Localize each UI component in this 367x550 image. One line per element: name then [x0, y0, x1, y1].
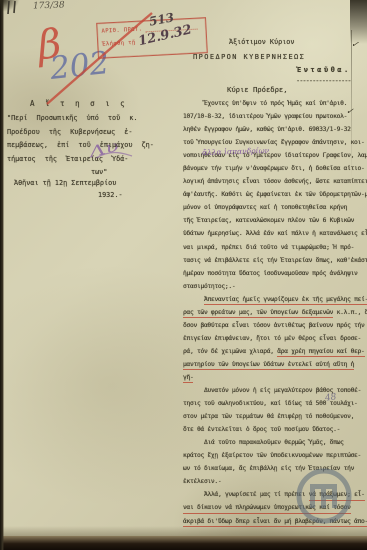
summary-place-date: Ἀθῆναι τῇ 12ῃ Σεπτεμβρίου: [14, 179, 116, 187]
body-line: τῆς Ἑταιρείας, κατεναλώσκομεν πλέον τῶν …: [183, 217, 355, 230]
summary-year: 1932.-: [98, 191, 123, 199]
body-line: λογική ἀπάντησις εἶναι τόσον ἀσθενής, ὥσ…: [183, 178, 355, 191]
body-text: Ἀλλά, γνωρίσετέ μας τί πρέπει: [204, 491, 309, 498]
body-line: ρά, τόν δέ χειμῶνα χλιαρά, ἄρα χρέη πηγα…: [183, 348, 355, 361]
scan-corner-top-right: [350, 0, 367, 44]
body-line: μαντηρίου τῶν ὑπογείων ὑδάτων ἐντελεῖ αὐ…: [183, 361, 355, 374]
address-place-underline: -----------------: [296, 77, 351, 85]
body-text: κράτος ἔχῃ ἐξαίρετον τῶν ὑποδεικνυομένων…: [183, 452, 361, 459]
body-text-underlined: Ἀπεναντίας ἡμεῖς γνωρίζομεν ἐκ τῆς μεγάλ…: [204, 296, 367, 306]
body-line: στον μέτρα τῶν τερμάτων θά ἐπιφέρῃ τό πο…: [183, 413, 355, 426]
body-text: Διά τοῦτο παρακαλοῦμεν θερμῶς Ὑμᾶς, ὅπως: [204, 439, 344, 446]
body-line: τασις νά ἐπιβάλλετε εἰς τήν Ἑταιρείαν ὅπ…: [183, 257, 355, 270]
body-text-underlined: ρας τῶν φρεάτων μας, τῶν ὑπογείων δεξαμε…: [183, 309, 333, 319]
body-text: Ἔχοντες ὑπ'ὄψιν τό πρός Ἡμᾶς καί ὑπ'ἀριθ…: [204, 100, 347, 107]
address-honorific: Ἀξιότιμον Κύριον: [229, 38, 294, 46]
body-text: Δυνατόν μόνον ἡ εἰς μεγαλύτερον βάθος το…: [204, 387, 361, 394]
letter-body: Ἔχοντες ὑπ'ὄψιν τό πρός Ἡμᾶς καί ὑπ'ἀριθ…: [183, 100, 355, 531]
body-line: στασιμότητος;.-: [183, 283, 355, 296]
checkmark-icon: ✓: [350, 39, 359, 50]
stamp-protocol-label: ΑΡΙΘ. ΠΡΩΤ.: [101, 26, 142, 34]
pencil-archive-number: 173/38: [33, 0, 65, 11]
body-text: ὅσον βαθύτερα εἶναι τόσον ἀντιθέτως βαίν…: [183, 322, 365, 329]
body-text: ἡμέραν ποσότητα ὕδατος ἰσοδυναμοῦσαν πρό…: [183, 270, 358, 277]
body-text: κ.λ.π., ὅτι: [333, 309, 367, 316]
body-text: ρά, τόν δέ χειμῶνα χλιαρά,: [183, 348, 277, 355]
body-line: ὅσον βαθύτερα εἶναι τόσον ἀντιθέτως βαίν…: [183, 322, 355, 335]
body-text-underlined: ἄρα χρέη πηγαίου καί θερ-: [277, 348, 364, 358]
body-line: γῆ-: [183, 374, 355, 387]
body-text: βάνομεν τήν τιμήν ν'ἀναφέρωμεν ὅτι, ἡ δο…: [183, 165, 365, 172]
body-line: ἀφ'ἑαυτῆς. Καθότι ὡς ἐμφαίνεται ἐκ τῶν ὑ…: [183, 191, 355, 204]
body-line: ἐπιγείαν ἐπιφάνειαν, ἤτοι τό μέν θέρος ε…: [183, 335, 355, 348]
body-line: 107/10-8-32, ἰδιαιτέρου Ὑμῶν γραφείου πρ…: [183, 113, 355, 126]
scanned-letter-page: 173/38 β 202 Λυ ἄλλα ἰσπανδρίων 48 ✓ ✓ Α…: [0, 0, 367, 550]
summary-line: Προέδρου τῆς Κυβερνήσεως ἐ-: [7, 126, 181, 140]
scan-corner-top-left: [0, 0, 26, 16]
body-text: 107/10-8-32, ἰδιαιτέρου Ὑμῶν γραφείου πρ…: [183, 113, 347, 120]
body-text: ἐπιγείαν ἐπιφάνειαν, ἤτοι τό μέν θέρος ε…: [183, 335, 361, 342]
body-line: μόνον οἱ ὑπογράψαντες καί ἡ τοποθετηθεῖσ…: [183, 204, 355, 217]
scan-left-edge: [0, 0, 4, 550]
body-line: ὅτε θά ἐντελεῖται ὁ ὅρος τοῦ ποσίμου ὕδα…: [183, 426, 355, 439]
summary-heading: Α ἴ τ η σ ι ς: [30, 99, 128, 108]
body-text: ναι μικρά, πρέπει διά τοῦτο νά τιμωρώμεθ…: [183, 244, 354, 251]
body-text: ἀφ'ἑαυτῆς. Καθότι ὡς ἐμφαίνεται ἐκ τῶν ὑ…: [183, 191, 367, 198]
body-text: ὅτε θά ἐντελεῖται ὁ ὅρος τοῦ ποσίμου ὕδα…: [183, 426, 340, 433]
body-text-underlined: μαντηρίου τῶν ὑπογείων ὑδάτων ἐντελεῖ αὐ…: [183, 361, 354, 371]
address-recipient: ΠΡΟΕΔΡΟΝ ΚΥΒΕΡΝΗΣΕΩΣ: [193, 53, 305, 61]
body-text: μόνον οἱ ὑπογράψαντες καί ἡ τοποθετηθεῖσ…: [183, 204, 347, 211]
body-line: Ἀπεναντίας ἡμεῖς γνωρίζομεν ἐκ τῆς μεγάλ…: [183, 296, 355, 309]
body-line: ρας τῶν φρεάτων μας, τῶν ὑπογείων δεξαμε…: [183, 309, 355, 322]
body-line: Διά τοῦτο παρακαλοῦμεν θερμῶς Ὑμᾶς, ὅπως: [183, 439, 355, 452]
summary-lines: "Περί Προσωπικῆς ὑπό τοῦ κ.Προέδρου τῆς …: [7, 112, 181, 180]
summary-line: "Περί Προσωπικῆς ὑπό τοῦ κ.: [7, 112, 181, 126]
body-text-underlined: γῆ-: [183, 374, 193, 384]
purple-margin-number: 48: [324, 392, 337, 403]
body-line: ἡμέραν ποσότητα ὕδατος ἰσοδυναμοῦσαν πρό…: [183, 270, 355, 283]
body-text: τασις νά ἐπιβάλλετε εἰς τήν Ἑταιρείαν ὅπ…: [183, 257, 367, 264]
body-text: στασιμότητος;.-: [183, 283, 235, 290]
body-text: ὑδάτων ἡμερησίως. Ἀλλά ἐάν καί πάλιν ἡ κ…: [183, 230, 367, 237]
body-text: τοῦ Ὑπουργείου Συγκοινωνίας ἔγγραφον ἀπά…: [183, 139, 365, 146]
body-text: τῆς Ἑταιρείας, κατεναλώσκομεν πλέον τῶν …: [183, 217, 354, 224]
address-place: Ἐνταῦθα.: [297, 66, 351, 74]
body-line: ναι μικρά, πρέπει διά τοῦτο νά τιμωρώμεθ…: [183, 244, 355, 257]
summary-line: τήματος τῆς Ἑταιρείας Ὑδά-: [7, 153, 181, 167]
body-line: ὑδάτων ἡμερησίως. Ἀλλά ἐάν καί πάλιν ἡ κ…: [183, 230, 355, 243]
scan-bottom-edge: [0, 536, 367, 550]
stamp-received-label: Ἐλήφθη τῇ: [102, 40, 136, 48]
body-line: βάνομεν τήν τιμήν ν'ἀναφέρωμεν ὅτι, ἡ δο…: [183, 165, 355, 178]
body-text: ληθέν ἔγγραφον ἡμῶν, καθώς ὑπ'ἀριθ. 6903…: [183, 126, 351, 133]
body-text: λογική ἀπάντησις εἶναι τόσον ἀσθενής, ὥσ…: [183, 178, 367, 185]
body-line: Ἔχοντες ὑπ'ὄψιν τό πρός Ἡμᾶς καί ὑπ'ἀριθ…: [183, 100, 355, 113]
body-line: ληθέν ἔγγραφον ἡμῶν, καθώς ὑπ'ἀριθ. 6903…: [183, 126, 355, 139]
body-text: ἐκτέλεσιν.-: [183, 478, 221, 485]
archive-watermark-icon: [296, 468, 352, 524]
stamp-received-date: 12.9.32: [137, 22, 193, 49]
body-text: στον μέτρα τῶν τερμάτων θά ἐπιφέρῃ τό πο…: [183, 413, 354, 420]
body-line: κράτος ἔχῃ ἐξαίρετον τῶν ὑποδεικνυομένων…: [183, 452, 355, 465]
registry-stamp: ΑΡΙΘ. ΠΡΩΤ. Ἐλήφθη τῇ 513 12.9.32: [96, 17, 208, 59]
summary-line: πεμβάσεως, ἐπί τοῦ ἐπιμάχου ζη-: [7, 139, 181, 153]
summary-line: των": [7, 166, 181, 180]
salutation: Κύριε Πρόεδρε,: [227, 85, 288, 94]
